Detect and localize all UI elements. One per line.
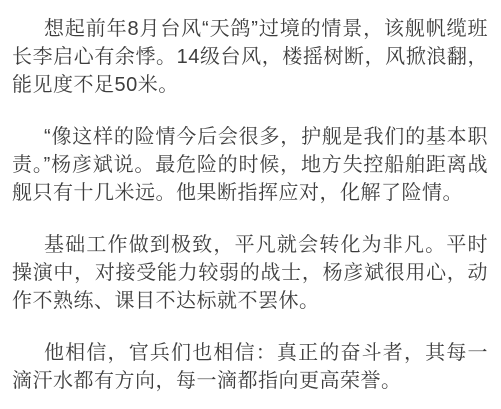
- article-paragraph-typhoon: 想起前年8月台风“天鸽”过境的情景，该舰帆缆班长李启心有余悸。14级台风，楼摇树…: [12, 15, 488, 99]
- article-paragraph-quote-duty: “像这样的险情今后会很多，护舰是我们的基本职责。”杨彦斌说。最危险的时候，地方失…: [12, 123, 488, 207]
- article-paragraph-belief: 他相信，官兵们也相信：真正的奋斗者，其每一滴汗水都有方向，每一滴都指向更高荣誉。: [12, 339, 488, 395]
- article-paragraph-basic-work: 基础工作做到极致，平凡就会转化为非凡。平时操演中，对接受能力较弱的战士，杨彦斌很…: [12, 231, 488, 315]
- article-body: 想起前年8月台风“天鸽”过境的情景，该舰帆缆班长李启心有余悸。14级台风，楼摇树…: [0, 0, 501, 409]
